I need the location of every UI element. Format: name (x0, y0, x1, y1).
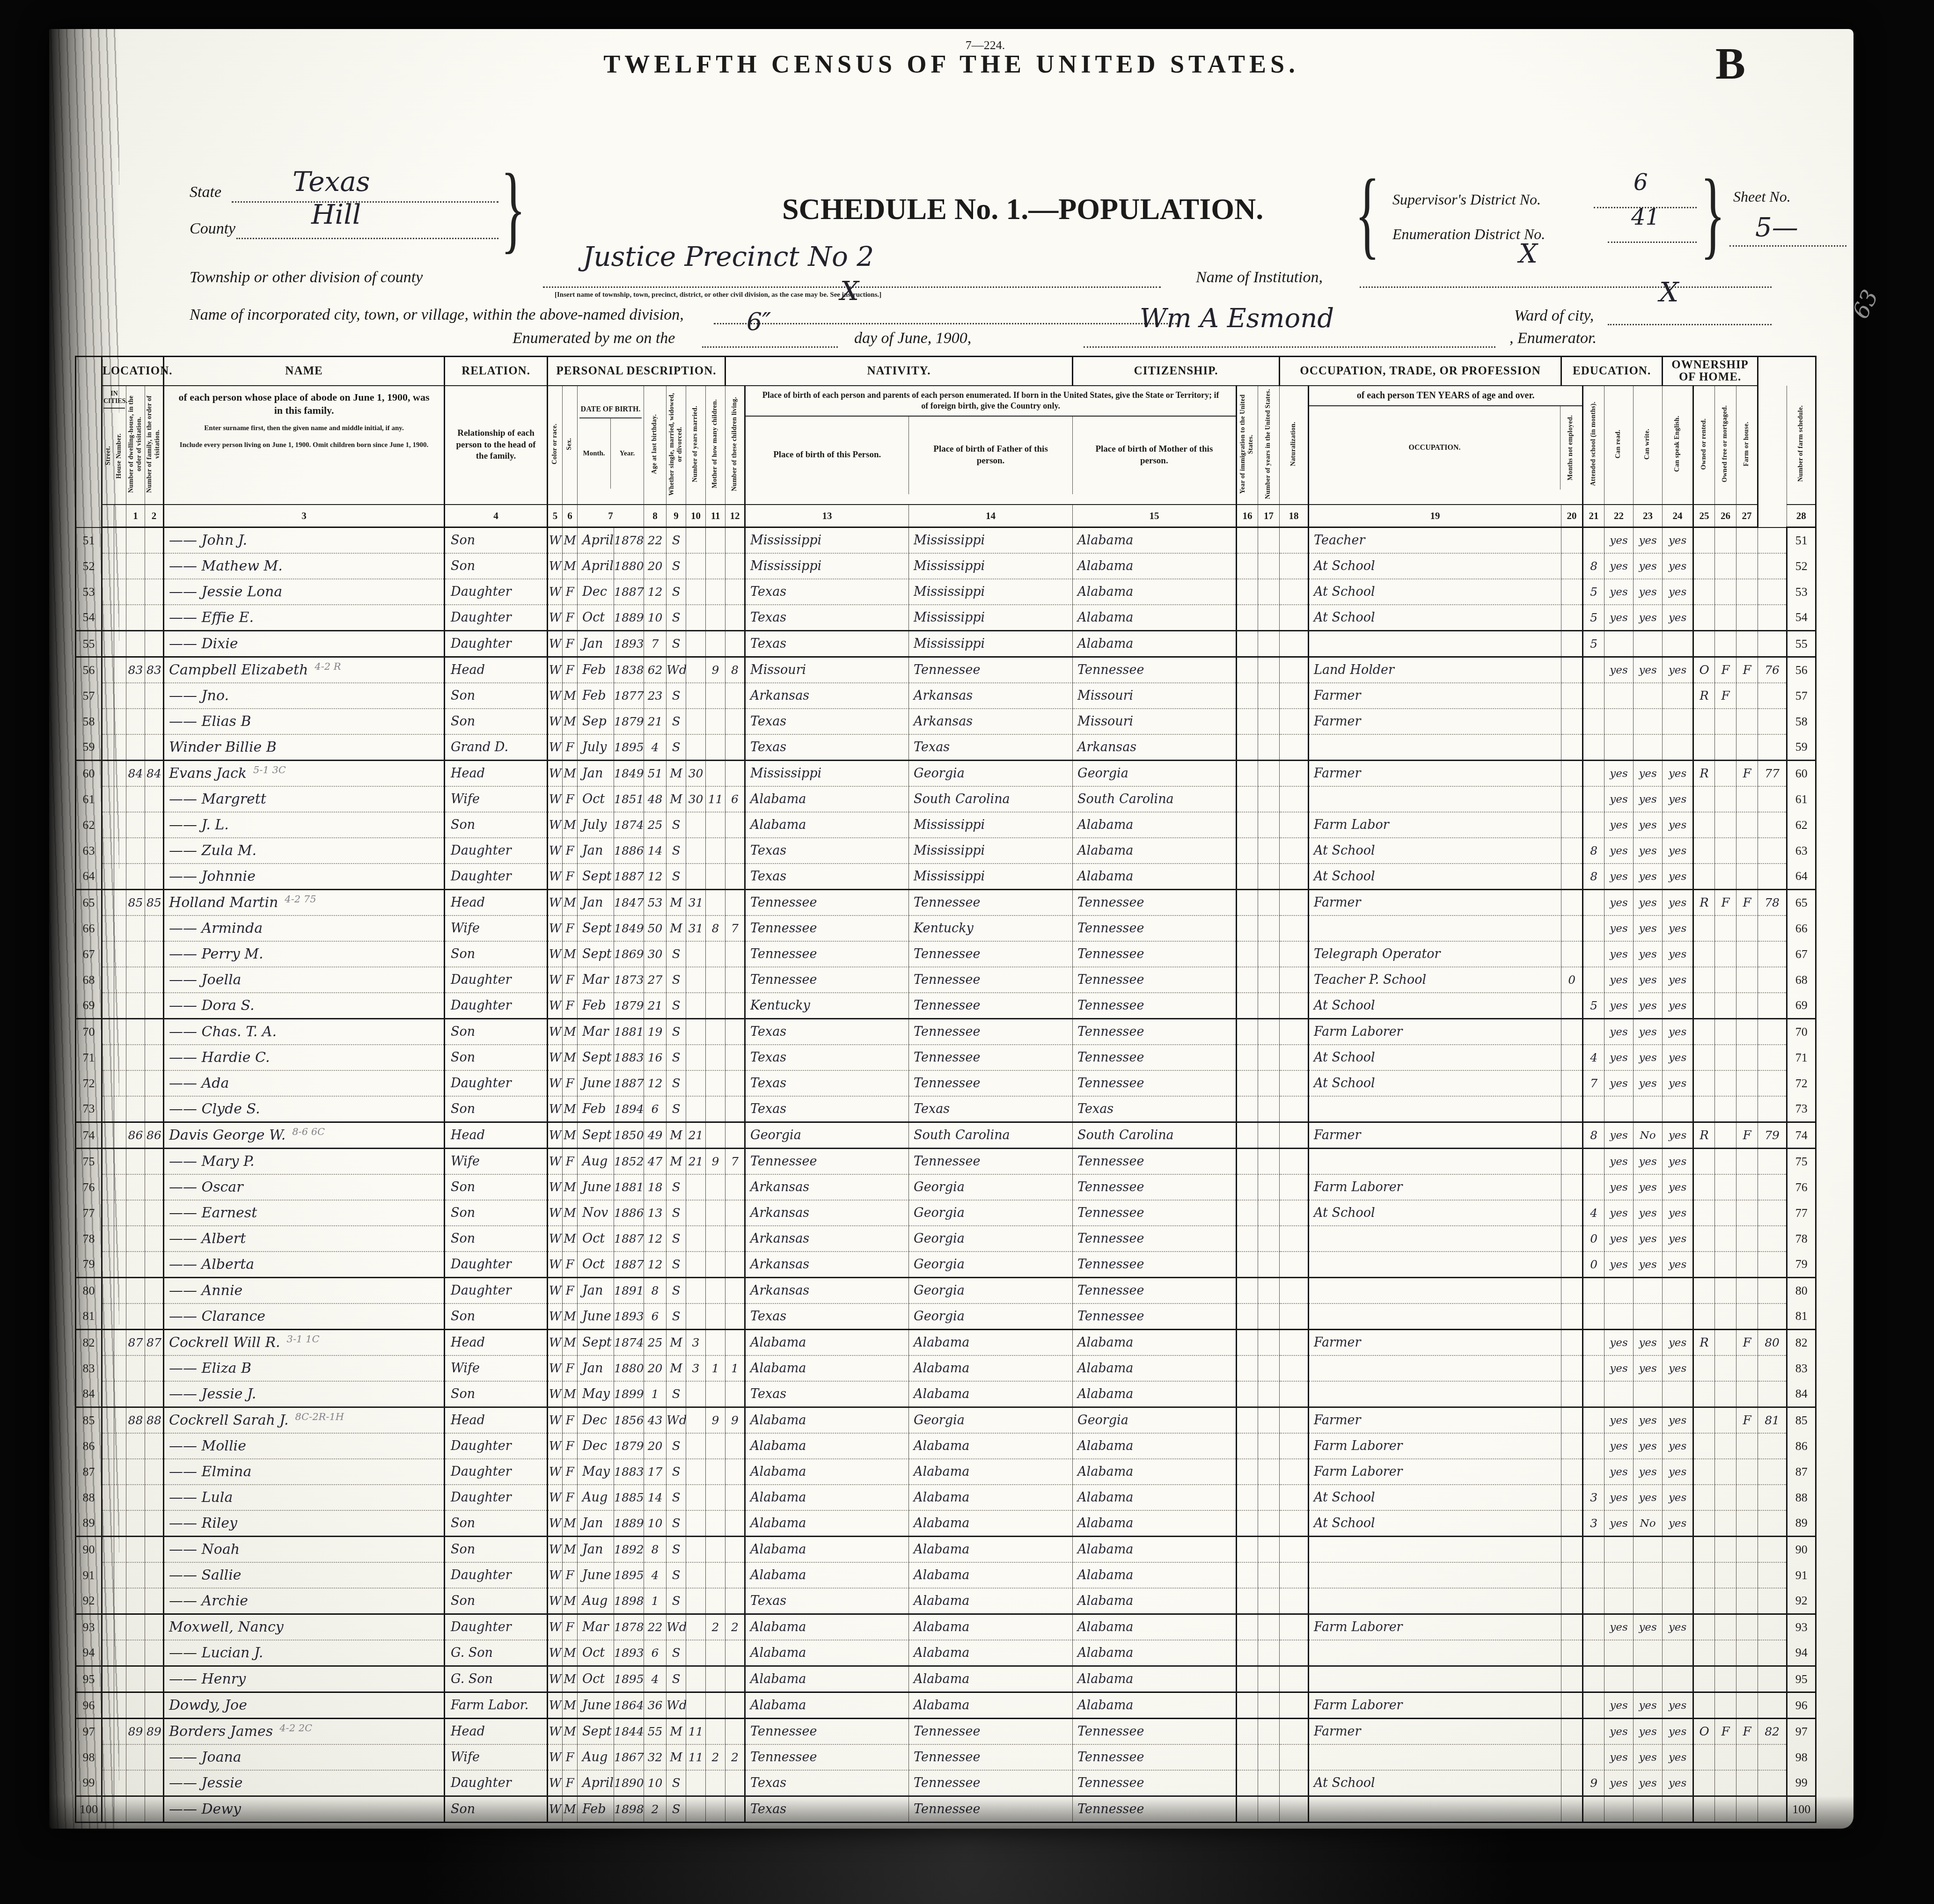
school-months (1583, 761, 1604, 787)
farm-schedule-number: 78 (1758, 890, 1787, 916)
name-note-2: Include every person living on June 1, 1… (174, 441, 434, 450)
census-row: 86 —— Mollie Daughter W F Dec 1879 20 S … (76, 1433, 1816, 1459)
mother-of-children (706, 1174, 725, 1200)
mother-birthplace: Alabama (1073, 1485, 1237, 1510)
months-not-employed (1561, 864, 1583, 890)
mother-birthplace: Tennessee (1073, 657, 1237, 683)
immigration-year (1237, 1744, 1258, 1770)
age: 62 (644, 657, 667, 683)
family-number (145, 915, 164, 941)
occupation: Telegraph Operator (1309, 941, 1561, 967)
can-write (1634, 683, 1663, 709)
institution-label: Name of Institution, (1196, 269, 1323, 286)
street-cell (102, 1381, 114, 1407)
home-owned-rented (1693, 734, 1715, 761)
house-number-cell (114, 1692, 126, 1719)
school-months (1583, 941, 1604, 967)
birthplace: Kentucky (745, 993, 909, 1019)
can-speak-english (1663, 1381, 1693, 1407)
can-speak-english-head: Can speak English. (1663, 386, 1693, 505)
years-married (686, 1433, 706, 1459)
dwelling-number (126, 786, 145, 812)
can-read: yes (1604, 890, 1634, 916)
months-not-employed (1561, 915, 1583, 941)
naturalization-head: Naturalization. (1280, 386, 1309, 505)
census-row: 69 —— Dora S. Daughter W F Feb 1879 21 S… (76, 993, 1816, 1019)
sex: M (563, 1304, 578, 1330)
farm-or-house (1736, 1562, 1758, 1588)
row-number-left: 85 (76, 1407, 102, 1434)
marital-status: S (667, 967, 686, 993)
row-number-left: 88 (76, 1485, 102, 1510)
dwelling-label: Number of dwelling-house, in the order o… (128, 389, 144, 499)
row-number-left: 89 (76, 1510, 102, 1537)
column-number: 26 (1715, 505, 1736, 527)
marital-status: S (667, 631, 686, 657)
dwelling-number (126, 1666, 145, 1692)
family-number (145, 812, 164, 838)
immigration-year (1237, 967, 1258, 993)
can-read: yes (1604, 761, 1634, 787)
mother-of-head: Mother of how many children. (706, 386, 725, 505)
family-number (145, 709, 164, 734)
can-speak-english: yes (1663, 1719, 1693, 1745)
age: 20 (644, 1355, 667, 1381)
sex: F (563, 1070, 578, 1096)
years-in-us (1258, 709, 1280, 734)
mother-of-children (706, 1381, 725, 1407)
home-owned-rented (1693, 1666, 1715, 1692)
can-speak-english: yes (1663, 1122, 1693, 1149)
children-living (725, 1796, 745, 1823)
person-name-text: —— Johnnie (164, 868, 256, 885)
person-name-text: Winder Billie B (164, 739, 277, 755)
house-number-cell (114, 709, 126, 734)
person-name-text: —— Alberta (164, 1256, 254, 1273)
months-not-employed (1561, 631, 1583, 657)
mother-of-children (706, 1045, 725, 1070)
can-speak-english (1663, 1666, 1693, 1692)
mother-birthplace: Tennessee (1073, 1174, 1237, 1200)
marital-status: S (667, 1770, 686, 1796)
relation: Daughter (445, 1485, 548, 1510)
farm-or-house (1736, 1070, 1758, 1096)
row-number-left: 67 (76, 941, 102, 967)
birth-month: Feb (578, 1096, 614, 1122)
home-free-mortgaged (1715, 1614, 1736, 1640)
home-free-mortgaged (1715, 631, 1736, 657)
street-cell (102, 1174, 114, 1200)
person-name-text: —— Perry M. (164, 946, 264, 962)
row-number-right: 79 (1787, 1252, 1816, 1278)
years-married: 11 (686, 1744, 706, 1770)
dwelling-number (126, 683, 145, 709)
school-months: 5 (1583, 579, 1604, 605)
years-in-us (1258, 993, 1280, 1019)
mother-of-children (706, 1770, 725, 1796)
home-owned-rented: R (1693, 1122, 1715, 1149)
person-name-text: —— Mary P. (164, 1153, 255, 1170)
farm-or-house (1736, 993, 1758, 1019)
occupation: At School (1309, 864, 1561, 890)
person-name-text: —— Annie (164, 1282, 242, 1299)
color-race: W (548, 1019, 563, 1045)
birth-year: 1898 (614, 1588, 644, 1614)
age: 1 (644, 1381, 667, 1407)
name-desc: of each person whose place of abode on J… (176, 391, 432, 417)
birthplace: Alabama (745, 1459, 909, 1485)
children-living (725, 1070, 745, 1096)
house-number-cell (114, 1719, 126, 1745)
street-cell (102, 1588, 114, 1614)
farm-or-house (1736, 915, 1758, 941)
marital-status: S (667, 1200, 686, 1226)
immigration-year (1237, 657, 1258, 683)
farm-schedule-number (1758, 1252, 1787, 1278)
color-head: Color or race. (548, 386, 563, 505)
dwelling-number (126, 1096, 145, 1122)
family-number (145, 605, 164, 631)
marital-status: M (667, 1149, 686, 1175)
person-name: —— Lula (164, 1485, 445, 1510)
farm-or-house (1736, 1019, 1758, 1045)
dob-title: DATE OF BIRTH. (579, 402, 642, 418)
census-row: 97 89 89 Borders James4-2 2C Head W M Se… (76, 1719, 1816, 1745)
birthplace: Tennessee (745, 1149, 909, 1175)
farm-schedule-number (1758, 631, 1787, 657)
dwelling-number (126, 1692, 145, 1719)
birthplace: Texas (745, 1019, 909, 1045)
house-number-cell (114, 915, 126, 941)
occupation: At School (1309, 1070, 1561, 1096)
can-speak-english: yes (1663, 761, 1693, 787)
farm-or-house (1736, 605, 1758, 631)
farm-or-house (1736, 734, 1758, 761)
can-read (1604, 1304, 1634, 1330)
census-row: 87 —— Elmina Daughter W F May 1883 17 S … (76, 1459, 1816, 1485)
months-not-employed (1561, 1666, 1583, 1692)
naturalization (1280, 838, 1309, 864)
owned-rented-head: Owned or rented. (1693, 386, 1715, 505)
person-name: —— Sallie (164, 1562, 445, 1588)
years-married (686, 709, 706, 734)
children-living (725, 1122, 745, 1149)
dwelling-number (126, 1174, 145, 1200)
children-living (725, 1278, 745, 1304)
months-not-employed (1561, 1070, 1583, 1096)
children-living (725, 1200, 745, 1226)
person-name: —— Joana (164, 1744, 445, 1770)
can-write: yes (1634, 527, 1663, 554)
can-read: yes (1604, 915, 1634, 941)
row-number-left: 56 (76, 657, 102, 683)
street-cell (102, 1226, 114, 1252)
marital-status: M (667, 890, 686, 916)
sex: M (563, 1666, 578, 1692)
can-read (1604, 1562, 1634, 1588)
house-number-cell (114, 1096, 126, 1122)
birth-month: Sept (578, 1719, 614, 1745)
color-race: W (548, 553, 563, 579)
mother-birthplace: Arkansas (1073, 734, 1237, 761)
naturalization (1280, 1744, 1309, 1770)
section-citizenship: CITIZENSHIP. (1073, 357, 1280, 386)
home-free-mortgaged (1715, 1433, 1736, 1459)
family-number (145, 1433, 164, 1459)
marital-status: S (667, 1381, 686, 1407)
naturalization (1280, 761, 1309, 787)
dwelling-number: 89 (126, 1719, 145, 1745)
family-number (145, 1045, 164, 1070)
home-owned-rented (1693, 1070, 1715, 1096)
dwelling-number: 86 (126, 1122, 145, 1149)
immigration-year (1237, 1304, 1258, 1330)
can-speak-english (1663, 1588, 1693, 1614)
census-row: 71 —— Hardie C. Son W M Sept 1883 16 S T… (76, 1045, 1816, 1070)
naturalization (1280, 527, 1309, 554)
relation-head: Relationship of each person to the head … (445, 386, 548, 505)
age: 6 (644, 1640, 667, 1666)
sex: F (563, 1149, 578, 1175)
color-race: W (548, 761, 563, 787)
birthplace: Alabama (745, 1692, 909, 1719)
years-married: 31 (686, 915, 706, 941)
color-race: W (548, 786, 563, 812)
years-married (686, 657, 706, 683)
can-speak-english: yes (1663, 1226, 1693, 1252)
relation: Head (445, 1330, 548, 1356)
children-living (725, 1640, 745, 1666)
row-number-right: 75 (1787, 1149, 1816, 1175)
color-label: Color or race. (551, 424, 559, 464)
years-in-us (1258, 527, 1280, 554)
ward-line (1608, 294, 1772, 325)
marital-status: S (667, 1666, 686, 1692)
birth-month: Aug (578, 1588, 614, 1614)
dwelling-number (126, 1019, 145, 1045)
row-number-left: 100 (76, 1796, 102, 1823)
person-name-text: —— Eliza B (164, 1360, 251, 1377)
father-birthplace: Georgia (909, 1407, 1073, 1434)
house-number-cell (114, 864, 126, 890)
birth-year: 1878 (614, 1614, 644, 1640)
relation: Son (445, 1796, 548, 1823)
home-owned-rented (1693, 1614, 1715, 1640)
can-read (1604, 1588, 1634, 1614)
birth-year: 1895 (614, 1666, 644, 1692)
birth-year: 1864 (614, 1692, 644, 1719)
mother-of-children: 2 (706, 1744, 725, 1770)
immigration-year (1237, 709, 1258, 734)
mother-birthplace: Alabama (1073, 1330, 1237, 1356)
can-write: yes (1634, 1485, 1663, 1510)
person-name: —— Dixie (164, 631, 445, 657)
sex: F (563, 1770, 578, 1796)
birthplace: Texas (745, 1070, 909, 1096)
age: 13 (644, 1200, 667, 1226)
birth-month: Jan (578, 838, 614, 864)
row-number-left: 52 (76, 553, 102, 579)
free-mortgaged-head: Owned free or mortgaged. (1715, 386, 1736, 505)
relation: Son (445, 1510, 548, 1537)
row-number-right: 62 (1787, 812, 1816, 838)
home-owned-rented (1693, 527, 1715, 554)
sex: F (563, 993, 578, 1019)
birth-year: 1887 (614, 1252, 644, 1278)
farm-schedule-label: Number of farm schedule. (1797, 405, 1805, 482)
color-race: W (548, 1407, 563, 1434)
home-owned-rented: O (1693, 657, 1715, 683)
person-name-text: Campbell Elizabeth (164, 662, 308, 678)
immigration-year (1237, 838, 1258, 864)
school-months (1583, 1562, 1604, 1588)
person-name: —— Albert (164, 1226, 445, 1252)
school-months (1583, 1796, 1604, 1823)
sex: M (563, 941, 578, 967)
naturalization (1280, 605, 1309, 631)
row-number-right: 56 (1787, 657, 1816, 683)
marital-status: S (667, 1252, 686, 1278)
school-months (1583, 1304, 1604, 1330)
can-read: yes (1604, 1744, 1634, 1770)
occupation: At School (1309, 993, 1561, 1019)
farm-schedule-number (1758, 1510, 1787, 1537)
house-number-cell (114, 579, 126, 605)
can-write (1634, 734, 1663, 761)
street-cell (102, 838, 114, 864)
mother-of-children (706, 967, 725, 993)
home-free-mortgaged: F (1715, 683, 1736, 709)
home-free-mortgaged (1715, 605, 1736, 631)
farm-schedule-number (1758, 1096, 1787, 1122)
school-months (1583, 657, 1604, 683)
children-living (725, 527, 745, 554)
sex: M (563, 527, 578, 554)
marital-status: S (667, 1304, 686, 1330)
person-name-text: —— Dixie (164, 636, 238, 652)
family-number (145, 1537, 164, 1563)
can-write: yes (1634, 812, 1663, 838)
census-row: 79 —— Alberta Daughter W F Oct 1887 12 S… (76, 1252, 1816, 1278)
birth-year: 1874 (614, 1330, 644, 1356)
mother-of-children (706, 1485, 725, 1510)
person-name: —— John J. (164, 527, 445, 554)
school-months: 5 (1583, 605, 1604, 631)
row-number-right: 73 (1787, 1096, 1816, 1122)
sex: F (563, 786, 578, 812)
farm-schedule-number (1758, 1614, 1787, 1640)
months-not-employed (1561, 1614, 1583, 1640)
relation: Son (445, 1226, 548, 1252)
can-speak-english: yes (1663, 553, 1693, 579)
dwelling-number (126, 631, 145, 657)
can-read (1604, 1278, 1634, 1304)
person-name-text: Holland Martin (164, 894, 278, 911)
can-write: yes (1634, 967, 1663, 993)
street-cell (102, 761, 114, 787)
naturalization (1280, 1692, 1309, 1719)
home-free-mortgaged (1715, 1640, 1736, 1666)
years-in-us (1258, 1381, 1280, 1407)
children-living (725, 1770, 745, 1796)
house-number-cell (114, 1070, 126, 1096)
relation: G. Son (445, 1640, 548, 1666)
home-free-mortgaged (1715, 941, 1736, 967)
home-free-mortgaged (1715, 812, 1736, 838)
school-months (1583, 1019, 1604, 1045)
immigration-year (1237, 1330, 1258, 1356)
months-not-employed (1561, 838, 1583, 864)
marital-status: S (667, 553, 686, 579)
naturalization (1280, 1355, 1309, 1381)
occupation: Land Holder (1309, 657, 1561, 683)
years-in-us (1258, 1562, 1280, 1588)
census-row: 91 —— Sallie Daughter W F June 1895 4 S … (76, 1562, 1816, 1588)
mother-birthplace: Tennessee (1073, 915, 1237, 941)
can-write: yes (1634, 1614, 1663, 1640)
column-number: 13 (745, 505, 909, 527)
house-number-cell (114, 786, 126, 812)
mother-of-children (706, 993, 725, 1019)
can-write: No (1634, 1510, 1663, 1537)
occupation (1309, 1304, 1561, 1330)
family-head: Number of family, in the order of visita… (145, 386, 164, 505)
home-owned-rented: R (1693, 761, 1715, 787)
children-living (725, 579, 745, 605)
naturalization (1280, 1200, 1309, 1226)
months-not-employed (1561, 1200, 1583, 1226)
census-row: 95 —— Henry G. Son W M Oct 1895 4 S Alab… (76, 1666, 1816, 1692)
farm-schedule-number (1758, 915, 1787, 941)
sex: M (563, 812, 578, 838)
family-number (145, 734, 164, 761)
scanned-census-page: 7—224. TWELFTH CENSUS OF THE UNITED STAT… (0, 0, 1934, 1904)
person-name: Winder Billie B (164, 734, 445, 761)
school-months (1583, 709, 1604, 734)
family-number (145, 1796, 164, 1823)
home-owned-rented (1693, 941, 1715, 967)
home-free-mortgaged: F (1715, 890, 1736, 916)
occupation: Farm Labor (1309, 812, 1561, 838)
farm-schedule-number (1758, 1770, 1787, 1796)
immigration-year (1237, 1200, 1258, 1226)
house-number-cell (114, 1614, 126, 1640)
father-birthplace: Alabama (909, 1485, 1073, 1510)
father-birthplace: Mississippi (909, 527, 1073, 554)
row-number-left: 54 (76, 605, 102, 631)
home-free-mortgaged (1715, 1226, 1736, 1252)
mother-of-children: 9 (706, 657, 725, 683)
years-in-us (1258, 812, 1280, 838)
occupation (1309, 1226, 1561, 1252)
school-months (1583, 1588, 1604, 1614)
birth-month: April (578, 553, 614, 579)
children-living (725, 1510, 745, 1537)
relation: Head (445, 761, 548, 787)
person-name: —— Riley (164, 1510, 445, 1537)
birthplace: Arkansas (745, 1278, 909, 1304)
color-race: W (548, 1096, 563, 1122)
can-read: yes (1604, 1149, 1634, 1175)
person-name: —— Arminda (164, 915, 445, 941)
mother-birthplace: Tennessee (1073, 1770, 1237, 1796)
birth-month: Sept (578, 1330, 614, 1356)
person-name: Cockrell Sarah J.8C-2R-1H (164, 1407, 445, 1434)
marital-status: M (667, 761, 686, 787)
color-race: W (548, 1149, 563, 1175)
column-label-row: IN CITIES. Street. House Number. Number … (76, 386, 1816, 505)
farm-house-label: Farm or house. (1743, 422, 1751, 466)
